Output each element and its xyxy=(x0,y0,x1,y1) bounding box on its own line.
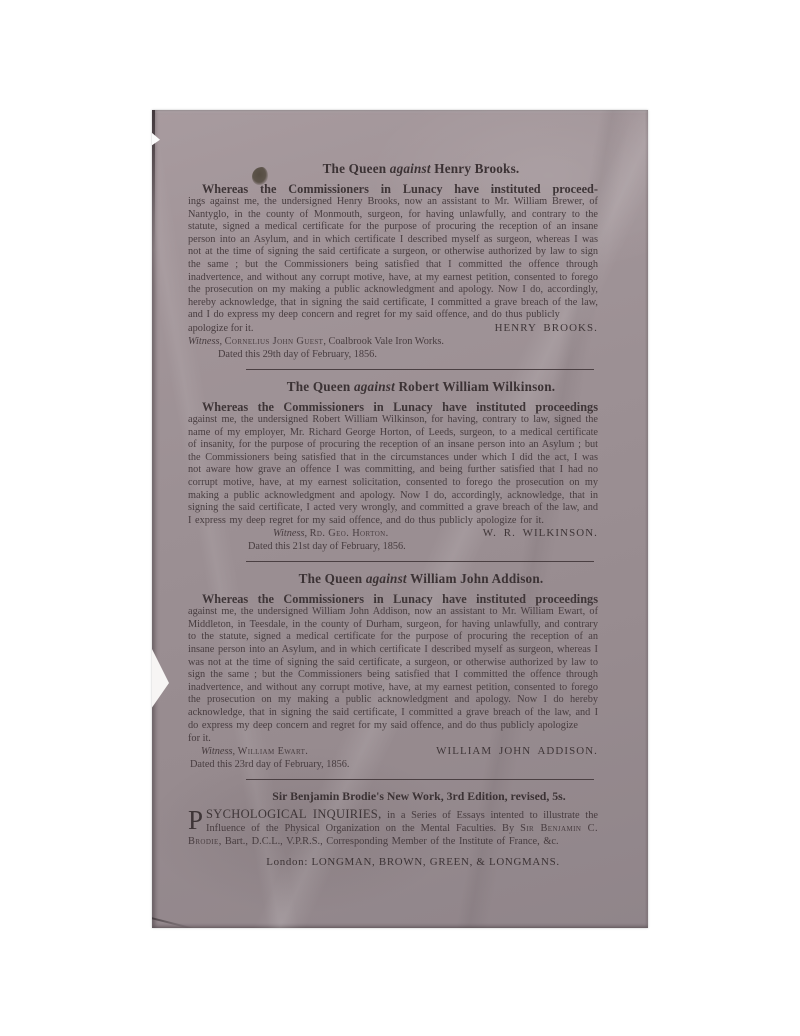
section-divider xyxy=(246,369,594,370)
witness-line: Witness, William Ewart. WILLIAM JOHN ADD… xyxy=(188,745,598,758)
witness-name: William Ewart. xyxy=(238,746,309,757)
dated-line: Dated this 23rd day of February, 1856. xyxy=(188,758,598,771)
closing-left: for it. xyxy=(188,732,211,745)
publisher-imprint: London: LONGMAN, BROWN, GREEN, & LONGMAN… xyxy=(208,855,618,870)
notice-body: ings against me, the undersigned Henry B… xyxy=(188,196,598,322)
section-divider xyxy=(246,561,594,562)
advert-title-caps: SYCHOLOGICAL INQUIRIES, xyxy=(206,807,381,821)
signature: W. R. WILKINSON. xyxy=(483,527,598,540)
advert-brodie: Sir Benjamin Brodie's New Work, 3rd Edit… xyxy=(188,788,598,869)
witness-line: Witness, Cornelius John Guest, Coalbrook… xyxy=(188,335,598,348)
advert-body: PSYCHOLOGICAL INQUIRIES, in a Series of … xyxy=(188,808,598,848)
signature: WILLIAM JOHN ADDISON. xyxy=(436,745,598,758)
notice-lead-line: Whereas the Commissioners in Lunacy have… xyxy=(188,182,598,196)
notice-title: The Queen against Robert William Wilkins… xyxy=(216,378,626,395)
scan-background: { "document": { "kind": "printed broadsi… xyxy=(0,0,800,1036)
witness-name: Rd. Geo. Horton. xyxy=(310,528,389,539)
broadside-paper: The Queen against Henry Brooks. Whereas … xyxy=(152,110,648,928)
title-against: against xyxy=(354,379,395,394)
notice-body: against me, the undersigned William John… xyxy=(188,606,598,732)
witness-label: Witness, xyxy=(188,336,222,347)
notice-addison: The Queen against William John Addison. … xyxy=(188,570,598,771)
drop-cap: P xyxy=(188,808,206,832)
title-pre: The Queen xyxy=(323,161,387,176)
notice-brooks: The Queen against Henry Brooks. Whereas … xyxy=(188,160,598,361)
notice-title: The Queen against Henry Brooks. xyxy=(216,160,626,177)
notice-body: against me, the undersigned Robert Willi… xyxy=(188,414,598,527)
printed-content: The Queen against Henry Brooks. Whereas … xyxy=(152,110,648,870)
notice-lead-line: Whereas the Commissioners in Lunacy have… xyxy=(188,400,598,414)
title-name: Henry Brooks. xyxy=(434,161,519,176)
witness-name: Cornelius John Guest xyxy=(225,336,324,347)
advert-heading: Sir Benjamin Brodie's New Work, 3rd Edit… xyxy=(214,788,624,804)
section-divider xyxy=(246,779,594,780)
notice-title: The Queen against William John Addison. xyxy=(216,570,626,587)
dated-line: Dated this 29th day of February, 1856. xyxy=(188,348,598,361)
closing-line: apologize for it. HENRY BROOKS. xyxy=(188,322,598,335)
closing-line: for it. xyxy=(188,732,598,745)
title-name: Robert William Wilkinson. xyxy=(398,379,555,394)
title-against: against xyxy=(366,571,407,586)
notice-lead-line: Whereas the Commissioners in Lunacy have… xyxy=(188,592,598,606)
notice-wilkinson: The Queen against Robert William Wilkins… xyxy=(188,378,598,553)
corner-crease xyxy=(152,916,194,928)
title-against: against xyxy=(390,161,431,176)
witness-label: Witness, xyxy=(273,528,307,539)
title-name: William John Addison. xyxy=(410,571,543,586)
signature: HENRY BROOKS. xyxy=(495,322,598,335)
witness-label: Witness, xyxy=(201,746,235,757)
witness-suffix: , Coalbrook Vale Iron Works. xyxy=(323,336,444,347)
advert-text-2: , Bart., D.C.L., V.P.R.S., Corresponding… xyxy=(219,836,559,847)
witness-line: Witness, Rd. Geo. Horton. W. R. WILKINSO… xyxy=(188,527,598,540)
title-pre: The Queen xyxy=(299,571,363,586)
dated-line: Dated this 21st day of February, 1856. xyxy=(188,540,598,553)
title-pre: The Queen xyxy=(287,379,351,394)
closing-left: apologize for it. xyxy=(188,322,253,335)
